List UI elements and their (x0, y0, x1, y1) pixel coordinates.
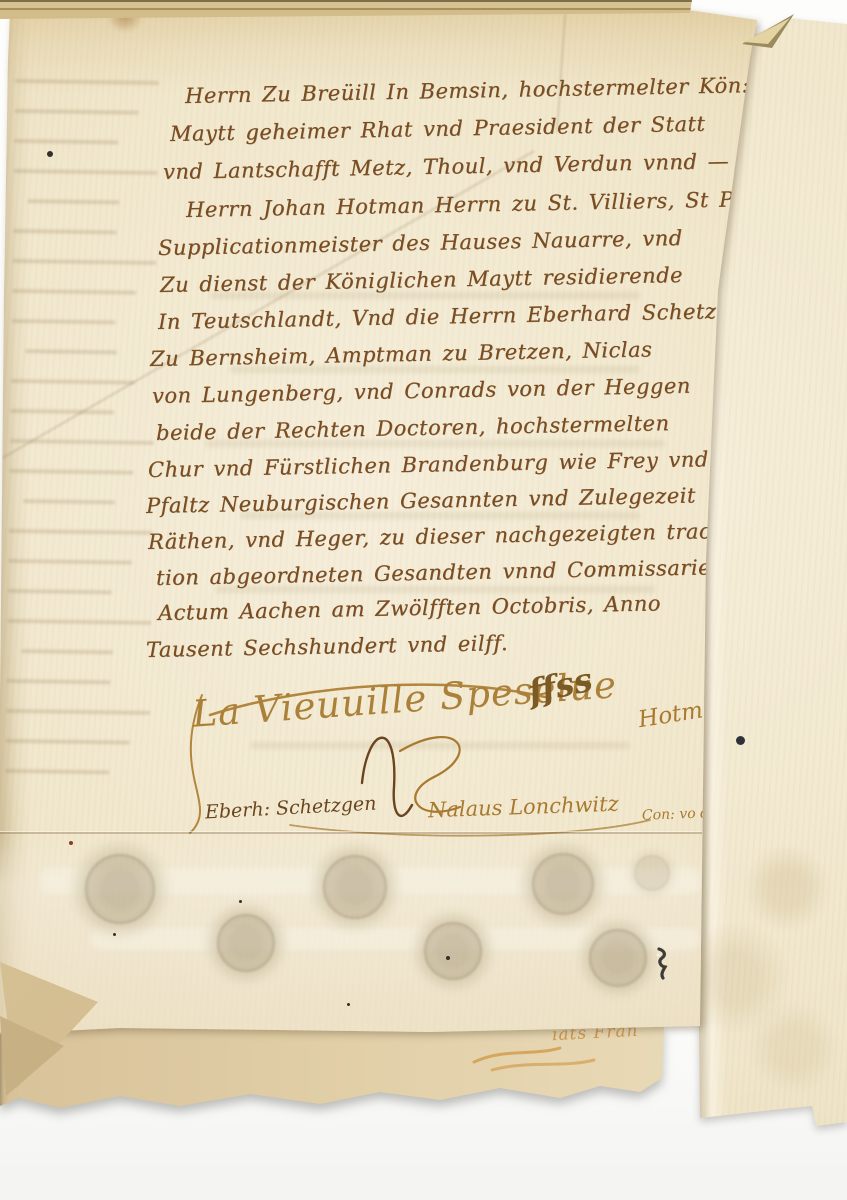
manuscript-line: von Lungenberg, vnd Conrads von der Hegg… (152, 374, 691, 408)
sheet-edge-line (0, 832, 702, 834)
manuscript-line: vnd Lantschafft Metz, Thoul, vnd Verdun … (163, 149, 729, 184)
manuscript-line: Herrn Zu Breüill In Bemsin, hochstermelt… (185, 73, 750, 108)
wax-seal-impression (305, 837, 405, 937)
manuscript-line: Supplicationmeister des Hauses Nauarre, … (158, 226, 683, 260)
manuscript-line: Chur vnd Fürstlichen Brandenburg wie Fre… (148, 447, 709, 482)
ink-speck (113, 933, 116, 936)
red-wax-speck (69, 841, 73, 845)
ink-speck (47, 151, 53, 157)
ink-speck (239, 900, 242, 903)
main-written-page: Herrn Zu Breüill In Bemsin, hochstermelt… (0, 0, 847, 1200)
signature-row2-right: Con: vo der H (642, 804, 741, 823)
main-page-shadow: Herrn Zu Breüill In Bemsin, hochstermelt… (0, 0, 847, 1200)
wax-seal-impression (200, 897, 292, 989)
wax-seal-impression-faint (624, 845, 680, 901)
metal-fastener (652, 946, 672, 980)
wax-seal-impression (407, 905, 499, 997)
manuscript-line: Herrn Johan Hotman Herrn zu St. Villiers… (186, 187, 767, 222)
wax-seal-impression (65, 834, 175, 944)
ink-blot (736, 736, 745, 745)
wax-seal-impression (573, 913, 663, 1003)
ink-speck (347, 1003, 350, 1006)
manuscript-line: Räthen, vnd Heger, zu dieser nachgezeigt… (148, 519, 741, 554)
manuscript-line: In Teutschlandt, Vnd die Herrn Eberhard … (158, 299, 744, 334)
manuscript-line: Maytt geheimer Rhat vnd Praesident der S… (170, 112, 706, 146)
manuscript-line: Actum Aachen am Zwölfften Octobris, Anno (158, 591, 661, 625)
scanned-manuscript-page: iats Fran (0, 0, 847, 1200)
manuscript-line: tion abgeordneten Gesandten vnnd Commiss… (156, 555, 725, 590)
ink-speck (446, 956, 450, 960)
